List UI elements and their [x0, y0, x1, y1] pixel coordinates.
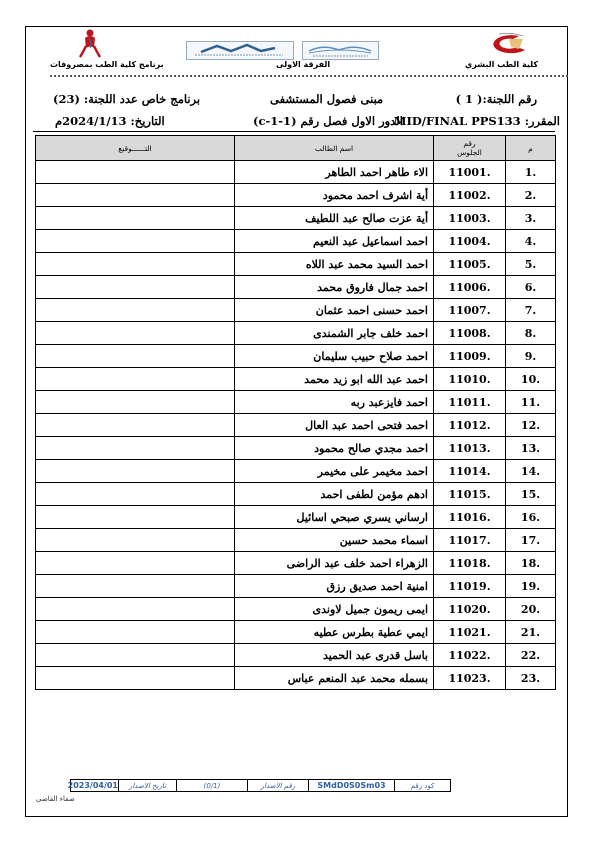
signature-cell[interactable]	[36, 529, 235, 552]
course-code: MID/FINAL PPS133	[394, 114, 521, 128]
student-name: ادهم مؤمن لطفى احمد	[235, 483, 434, 506]
seat-number: 11022.	[434, 644, 506, 667]
signature-cell[interactable]	[36, 644, 235, 667]
student-name: باسل قدرى عبد الحميد	[235, 644, 434, 667]
version-label: رقم الاصدار	[248, 780, 309, 792]
student-name: ايمي عطية بطرس عطيه	[235, 621, 434, 644]
table-row: 22.11022.باسل قدرى عبد الحميد	[36, 644, 556, 667]
seat-number: 11014.	[434, 460, 506, 483]
round-room: الدور الاول فصل رقم (1-1-c)	[253, 114, 403, 128]
signature-cell[interactable]	[36, 437, 235, 460]
header-dotted-divider	[50, 75, 568, 80]
seat-number: 11002.	[434, 184, 506, 207]
row-index: 20.	[506, 598, 556, 621]
row-index: 22.	[506, 644, 556, 667]
signature-cell[interactable]	[36, 230, 235, 253]
program-name: برنامج كلية الطب بمصروفات	[50, 60, 164, 69]
column-header-index: م	[506, 136, 556, 161]
signature-cell[interactable]	[36, 253, 235, 276]
student-name: أية عزت صالح عبد اللطيف	[235, 207, 434, 230]
table-row: 20.11020.ايمى ريمون جميل لاوندى	[36, 598, 556, 621]
row-index: 17.	[506, 529, 556, 552]
issue-date-value: 2023/04/01	[71, 780, 119, 792]
row-index: 1.	[506, 161, 556, 184]
table-row: 8.11008.احمد خلف جابر الشمندى	[36, 322, 556, 345]
signature-cell[interactable]	[36, 506, 235, 529]
signature-cell[interactable]	[36, 322, 235, 345]
faculty-name: كلية الطب البشري	[465, 60, 538, 69]
table-row: 16.11016.ارساني يسري صبحي اسائيل	[36, 506, 556, 529]
university-banner-left	[186, 41, 294, 60]
signature-cell[interactable]	[36, 207, 235, 230]
row-index: 3.	[506, 207, 556, 230]
student-name: احمد حسنى احمد عثمان	[235, 299, 434, 322]
signature-cell[interactable]	[36, 414, 235, 437]
issue-date-label: تاريخ الاصدار	[119, 780, 177, 792]
student-name: احمد السيد محمد عبد اللاه	[235, 253, 434, 276]
program-committee-count: برنامج خاص عدد اللجنة: (23)	[53, 92, 200, 106]
table-row: 15.11015.ادهم مؤمن لطفى احمد	[36, 483, 556, 506]
seat-number: 11004.	[434, 230, 506, 253]
signature-cell[interactable]	[36, 460, 235, 483]
table-row: 4.11004.احمد اسماعيل عبد النعيم	[36, 230, 556, 253]
table-row: 11.11011.احمد فايزعبد ربه	[36, 391, 556, 414]
student-name: الزهراء احمد خلف عبد الراضى	[235, 552, 434, 575]
student-name: احمد خلف جابر الشمندى	[235, 322, 434, 345]
student-name: ارساني يسري صبحي اسائيل	[235, 506, 434, 529]
row-index: 13.	[506, 437, 556, 460]
table-row: 5.11005.احمد السيد محمد عبد اللاه	[36, 253, 556, 276]
seat-number: 11005.	[434, 253, 506, 276]
row-index: 5.	[506, 253, 556, 276]
info-divider	[33, 131, 555, 132]
student-name: ايمى ريمون جميل لاوندى	[235, 598, 434, 621]
student-name: احمد اسماعيل عبد النعيم	[235, 230, 434, 253]
exam-date: التاريخ: 2024/1/13م	[55, 114, 165, 128]
seat-number: 11010.	[434, 368, 506, 391]
column-header-seat: رقم الجلوس	[434, 136, 506, 161]
code-value: SMdD0S0Sm03	[309, 780, 395, 792]
program-logo-icon	[79, 28, 101, 58]
course-label: المقرر:	[525, 114, 560, 128]
table-row: 23.11023.بسمله محمد عبد المنعم عباس	[36, 667, 556, 690]
author-name: صفاء القاضى	[36, 795, 75, 803]
table-row: 2.11002.أية اشرف احمد محمود	[36, 184, 556, 207]
row-index: 11.	[506, 391, 556, 414]
table-row: 1.11001.الاء طاهر احمد الطاهر	[36, 161, 556, 184]
row-index: 10.	[506, 368, 556, 391]
student-name: احمد عبد الله ابو زيد محمد	[235, 368, 434, 391]
seat-number: 11017.	[434, 529, 506, 552]
student-name: بسمله محمد عبد المنعم عباس	[235, 667, 434, 690]
attendance-table: م رقم الجلوس اسم الطالب التــــــوقيع 1.…	[35, 135, 556, 690]
table-row: 17.11017.اسماء محمد حسين	[36, 529, 556, 552]
signature-cell[interactable]	[36, 345, 235, 368]
row-index: 16.	[506, 506, 556, 529]
table-row: 6.11006.احمد جمال فاروق محمد	[36, 276, 556, 299]
row-index: 14.	[506, 460, 556, 483]
seat-number: 11008.	[434, 322, 506, 345]
student-name: احمد فتحى احمد عبد العال	[235, 414, 434, 437]
row-index: 4.	[506, 230, 556, 253]
seat-number: 11003.	[434, 207, 506, 230]
row-index: 12.	[506, 414, 556, 437]
seat-number: 11020.	[434, 598, 506, 621]
seat-number: 11007.	[434, 299, 506, 322]
signature-cell[interactable]	[36, 391, 235, 414]
signature-cell[interactable]	[36, 161, 235, 184]
table-row: 21.11021.ايمي عطية بطرس عطيه	[36, 621, 556, 644]
student-name: احمد جمال فاروق محمد	[235, 276, 434, 299]
seat-number: 11018.	[434, 552, 506, 575]
signature-cell[interactable]	[36, 276, 235, 299]
student-name: احمد مجدي صالح محمود	[235, 437, 434, 460]
seat-number: 11013.	[434, 437, 506, 460]
year-label: الفرقة الاولى	[276, 60, 330, 69]
student-name: اسماء محمد حسين	[235, 529, 434, 552]
signature-cell[interactable]	[36, 483, 235, 506]
seat-number: 11009.	[434, 345, 506, 368]
code-label: كود رقم	[395, 780, 451, 792]
building-name: مبنى فصول المستشفى	[270, 92, 383, 106]
signature-cell[interactable]	[36, 621, 235, 644]
table-row: 18.11018.الزهراء احمد خلف عبد الراضى	[36, 552, 556, 575]
version-value: (0/1)	[177, 780, 248, 792]
table-row: 3.11003.أية عزت صالح عبد اللطيف	[36, 207, 556, 230]
table-row: 13.11013.احمد مجدي صالح محمود	[36, 437, 556, 460]
seat-number: 11006.	[434, 276, 506, 299]
signature-cell[interactable]	[36, 598, 235, 621]
row-index: 18.	[506, 552, 556, 575]
seat-number: 11016.	[434, 506, 506, 529]
table-row: 19.11019.امنية احمد صديق رزق	[36, 575, 556, 598]
signature-cell[interactable]	[36, 552, 235, 575]
row-index: 21.	[506, 621, 556, 644]
column-header-signature: التــــــوقيع	[36, 136, 235, 161]
table-row: 14.11014.احمد مخيمر على مخيمر	[36, 460, 556, 483]
seat-number: 11012.	[434, 414, 506, 437]
table-row: 9.11009.احمد صلاح حبيب سليمان	[36, 345, 556, 368]
signature-cell[interactable]	[36, 575, 235, 598]
signature-cell[interactable]	[36, 368, 235, 391]
row-index: 15.	[506, 483, 556, 506]
faculty-logo-icon	[479, 33, 535, 55]
signature-cell[interactable]	[36, 667, 235, 690]
row-index: 6.	[506, 276, 556, 299]
student-name: الاء طاهر احمد الطاهر	[235, 161, 434, 184]
row-index: 23.	[506, 667, 556, 690]
row-index: 7.	[506, 299, 556, 322]
signature-cell[interactable]	[36, 299, 235, 322]
student-name: احمد صلاح حبيب سليمان	[235, 345, 434, 368]
course-line: المقرر: MID/FINAL PPS133	[394, 114, 560, 128]
row-index: 2.	[506, 184, 556, 207]
row-index: 8.	[506, 322, 556, 345]
row-index: 19.	[506, 575, 556, 598]
signature-cell[interactable]	[36, 184, 235, 207]
seat-number: 11015.	[434, 483, 506, 506]
student-name: امنية احمد صديق رزق	[235, 575, 434, 598]
seat-number: 11011.	[434, 391, 506, 414]
table-row: 7.11007.احمد حسنى احمد عثمان	[36, 299, 556, 322]
seat-number: 11001.	[434, 161, 506, 184]
column-header-name: اسم الطالب	[235, 136, 434, 161]
student-name: احمد مخيمر على مخيمر	[235, 460, 434, 483]
student-name: احمد فايزعبد ربه	[235, 391, 434, 414]
table-row: 10.11010.احمد عبد الله ابو زيد محمد	[36, 368, 556, 391]
table-row: 12.11012.احمد فتحى احمد عبد العال	[36, 414, 556, 437]
student-name: أية اشرف احمد محمود	[235, 184, 434, 207]
table-header-row: م رقم الجلوس اسم الطالب التــــــوقيع	[36, 136, 556, 161]
committee-number: رقم اللجنة:( 1 )	[456, 92, 537, 106]
document-control-table: كود رقم SMdD0S0Sm03 رقم الاصدار (0/1) تا…	[70, 779, 451, 792]
seat-number: 11019.	[434, 575, 506, 598]
university-banner-right	[302, 41, 379, 60]
row-index: 9.	[506, 345, 556, 368]
seat-number: 11021.	[434, 621, 506, 644]
seat-number: 11023.	[434, 667, 506, 690]
